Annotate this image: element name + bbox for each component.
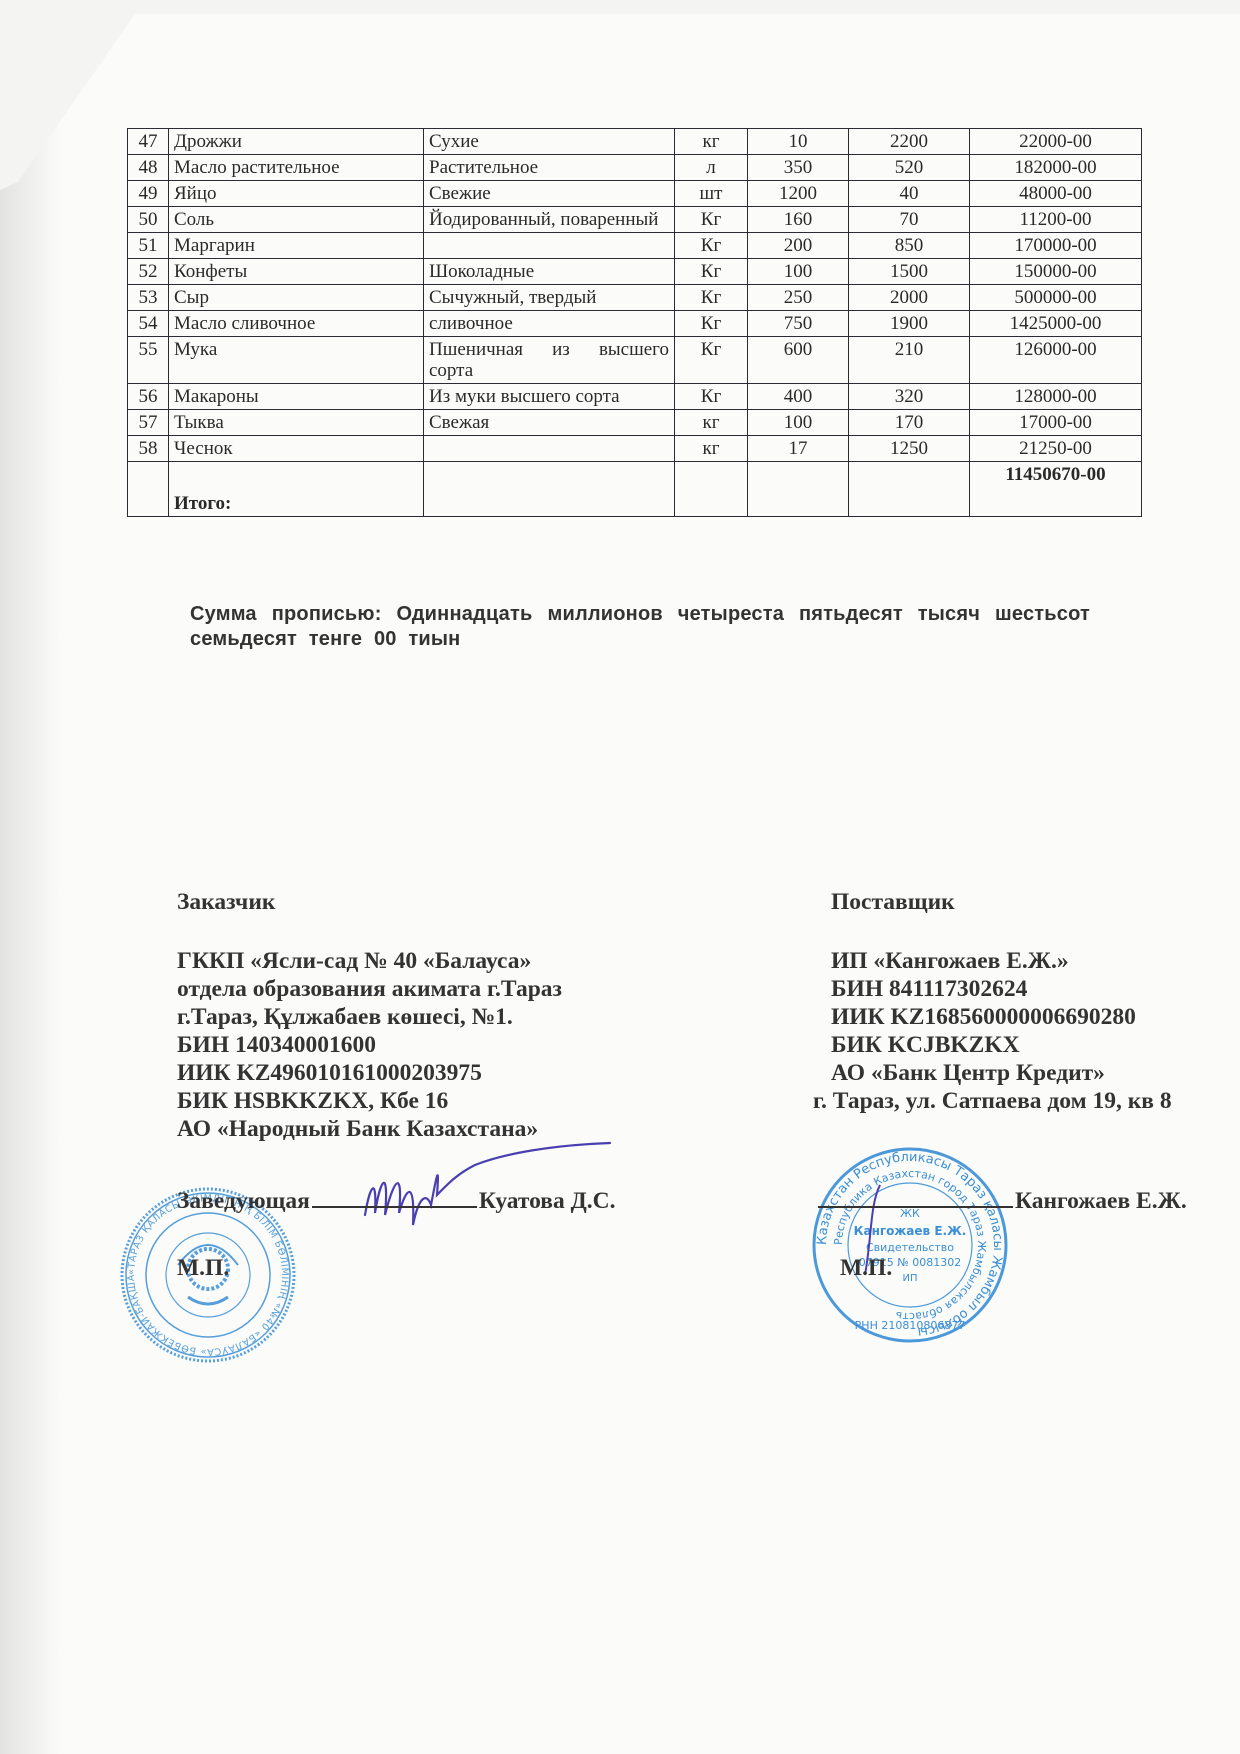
customer-heading: Заказчик xyxy=(177,888,737,916)
cell-num: 48 xyxy=(128,155,169,181)
cell-unit: кг xyxy=(675,436,748,462)
supplier-address: г. Тараз, ул. Сатпаева дом 19, кв 8 xyxy=(813,1087,1240,1115)
supplier-seal-label: М.П. xyxy=(840,1255,892,1282)
cell-price: 2200 xyxy=(849,129,970,155)
cell-num: 55 xyxy=(128,337,169,384)
supplier-heading: Поставщик xyxy=(831,888,1240,916)
cell-empty xyxy=(748,462,849,517)
cell-qty: 160 xyxy=(748,207,849,233)
items-table: 47ДрожжиСухиекг10220022000-0048Масло рас… xyxy=(127,128,1142,517)
cell-price: 1250 xyxy=(849,436,970,462)
table-row: 52КонфетыШоколадныеКг1001500150000-00 xyxy=(128,259,1142,285)
supplier-block: Поставщик ИП «Кангожаев Е.Ж.» БИН 841117… xyxy=(831,888,1240,1115)
cell-qty: 250 xyxy=(748,285,849,311)
supplier-bik: БИК KCJBKZKX xyxy=(831,1031,1240,1059)
cell-desc: Свежая xyxy=(424,410,675,436)
signature-field xyxy=(818,1206,1013,1208)
cell-unit: Кг xyxy=(675,384,748,410)
signature-field xyxy=(312,1206,477,1208)
cell-sum: 170000-00 xyxy=(970,233,1142,259)
total-value: 11450670-00 xyxy=(970,462,1142,517)
cell-name: Яйцо xyxy=(169,181,424,207)
cell-name: Масло растительное xyxy=(169,155,424,181)
cell-name: Масло сливочное xyxy=(169,311,424,337)
cell-num: 56 xyxy=(128,384,169,410)
cell-desc: Пшеничная из высшего сорта xyxy=(424,337,675,384)
cell-desc: Растительное xyxy=(424,155,675,181)
supplier-signature-line: Кангожаев Е.Ж. xyxy=(818,1188,1187,1215)
table-row: 55МукаПшеничная из высшего сортаКг600210… xyxy=(128,337,1142,384)
table-row: 48Масло растительноеРастительноел3505201… xyxy=(128,155,1142,181)
table-row: 51МаргаринКг200850170000-00 xyxy=(128,233,1142,259)
table-row: 50СольЙодированный, поваренныйКг16070112… xyxy=(128,207,1142,233)
cell-sum: 182000-00 xyxy=(970,155,1142,181)
cell-empty xyxy=(424,462,675,517)
svg-text:РНН 210810806877: РНН 210810806877 xyxy=(855,1319,966,1332)
cell-name: Конфеты xyxy=(169,259,424,285)
amount-in-words: Сумма прописью: Одиннадцать миллионов че… xyxy=(190,602,1090,652)
cell-name: Тыква xyxy=(169,410,424,436)
cell-name: Чеснок xyxy=(169,436,424,462)
cell-unit: кг xyxy=(675,129,748,155)
cell-name: Соль xyxy=(169,207,424,233)
cell-sum: 126000-00 xyxy=(970,337,1142,384)
table-row: 49ЯйцоСвежиешт12004048000-00 xyxy=(128,181,1142,207)
cell-unit: Кг xyxy=(675,311,748,337)
cell-unit: Кг xyxy=(675,259,748,285)
customer-signature-line: ЗаведующаяКуатова Д.С. xyxy=(177,1188,616,1215)
cell-sum: 17000-00 xyxy=(970,410,1142,436)
cell-desc xyxy=(424,233,675,259)
total-label: Итого: xyxy=(169,462,424,517)
table-row: 57ТыкваСвежаякг10017017000-00 xyxy=(128,410,1142,436)
table-row: 53СырСычужный, твердыйКг2502000500000-00 xyxy=(128,285,1142,311)
cell-price: 1900 xyxy=(849,311,970,337)
customer-seal-label: М.П. xyxy=(177,1255,229,1282)
cell-sum: 21250-00 xyxy=(970,436,1142,462)
cell-empty xyxy=(675,462,748,517)
cell-price: 520 xyxy=(849,155,970,181)
customer-line: ГККП «Ясли-сад № 40 «Балауса» xyxy=(177,947,737,975)
supplier-iik: ИИК KZ168560000006690280 xyxy=(831,1003,1240,1031)
table-row: 54Масло сливочноесливочноеКг750190014250… xyxy=(128,311,1142,337)
cell-name: Мука xyxy=(169,337,424,384)
cell-price: 320 xyxy=(849,384,970,410)
customer-bin: БИН 140340001600 xyxy=(177,1031,737,1059)
cell-price: 40 xyxy=(849,181,970,207)
cell-desc: Йодированный, поваренный xyxy=(424,207,675,233)
cell-empty xyxy=(849,462,970,517)
supplier-signer-name: Кангожаев Е.Ж. xyxy=(1015,1188,1187,1214)
cell-desc: Свежие xyxy=(424,181,675,207)
cell-num: 52 xyxy=(128,259,169,285)
cell-unit: л xyxy=(675,155,748,181)
supplier-bin: БИН 841117302624 xyxy=(831,975,1240,1003)
cell-name: Дрожжи xyxy=(169,129,424,155)
cell-unit: Кг xyxy=(675,207,748,233)
cell-sum: 22000-00 xyxy=(970,129,1142,155)
cell-sum: 11200-00 xyxy=(970,207,1142,233)
cell-desc: Сычужный, твердый xyxy=(424,285,675,311)
svg-text:Свидетельство: Свидетельство xyxy=(866,1241,954,1254)
cell-desc xyxy=(424,436,675,462)
cell-num: 50 xyxy=(128,207,169,233)
cell-unit: Кг xyxy=(675,285,748,311)
cell-num: 49 xyxy=(128,181,169,207)
cell-sum: 150000-00 xyxy=(970,259,1142,285)
cell-unit: кг xyxy=(675,410,748,436)
customer-iik: ИИК KZ496010161000203975 xyxy=(177,1059,737,1087)
cell-qty: 600 xyxy=(748,337,849,384)
cell-qty: 100 xyxy=(748,259,849,285)
cell-qty: 1200 xyxy=(748,181,849,207)
customer-bik: БИК HSBKKZKX, Кбе 16 xyxy=(177,1087,737,1115)
table-row: 58Чесноккг17125021250-00 xyxy=(128,436,1142,462)
cell-qty: 750 xyxy=(748,311,849,337)
supplier-bank: АО «Банк Центр Кредит» xyxy=(831,1059,1240,1087)
cell-qty: 400 xyxy=(748,384,849,410)
customer-block: Заказчик ГККП «Ясли-сад № 40 «Балауса» о… xyxy=(177,888,737,1143)
cell-num: 53 xyxy=(128,285,169,311)
cell-sum: 48000-00 xyxy=(970,181,1142,207)
table-row: 56МакароныИз муки высшего сортаКг4003201… xyxy=(128,384,1142,410)
cell-qty: 10 xyxy=(748,129,849,155)
cell-num: 57 xyxy=(128,410,169,436)
cell-qty: 17 xyxy=(748,436,849,462)
cell-price: 210 xyxy=(849,337,970,384)
cell-desc: Шоколадные xyxy=(424,259,675,285)
customer-signature xyxy=(355,1135,615,1235)
customer-line: отдела образования акимата г.Тараз xyxy=(177,975,737,1003)
cell-num: 51 xyxy=(128,233,169,259)
cell-price: 2000 xyxy=(849,285,970,311)
table-total-row: Итого:11450670-00 xyxy=(128,462,1142,517)
table-row: 47ДрожжиСухиекг10220022000-00 xyxy=(128,129,1142,155)
customer-signer-title: Заведующая xyxy=(177,1188,310,1214)
cell-desc: Сухие xyxy=(424,129,675,155)
cell-price: 170 xyxy=(849,410,970,436)
cell-qty: 200 xyxy=(748,233,849,259)
cell-unit: Кг xyxy=(675,233,748,259)
cell-num: 58 xyxy=(128,436,169,462)
customer-signer-name: Куатова Д.С. xyxy=(479,1188,616,1214)
cell-price: 1500 xyxy=(849,259,970,285)
scan-shadow xyxy=(0,0,60,1754)
cell-unit: Кг xyxy=(675,337,748,384)
cell-name: Макароны xyxy=(169,384,424,410)
supplier-line: ИП «Кангожаев Е.Ж.» xyxy=(831,947,1240,975)
cell-sum: 128000-00 xyxy=(970,384,1142,410)
cell-desc: сливочное xyxy=(424,311,675,337)
cell-qty: 350 xyxy=(748,155,849,181)
cell-name: Маргарин xyxy=(169,233,424,259)
cell-qty: 100 xyxy=(748,410,849,436)
cell-price: 70 xyxy=(849,207,970,233)
cell-num: 54 xyxy=(128,311,169,337)
cell-name: Сыр xyxy=(169,285,424,311)
cell-desc: Из муки высшего сорта xyxy=(424,384,675,410)
customer-line: г.Тараз, Құлжабаев көшесі, №1. xyxy=(177,1003,737,1031)
cell-price: 850 xyxy=(849,233,970,259)
supplier-stamp-icon: Казахстан Республикасы Тараз қаласы Жамб… xyxy=(810,1145,1010,1345)
cell-empty xyxy=(128,462,169,517)
cell-unit: шт xyxy=(675,181,748,207)
cell-sum: 500000-00 xyxy=(970,285,1142,311)
svg-text:ИП: ИП xyxy=(903,1273,918,1284)
cell-num: 47 xyxy=(128,129,169,155)
cell-sum: 1425000-00 xyxy=(970,311,1142,337)
